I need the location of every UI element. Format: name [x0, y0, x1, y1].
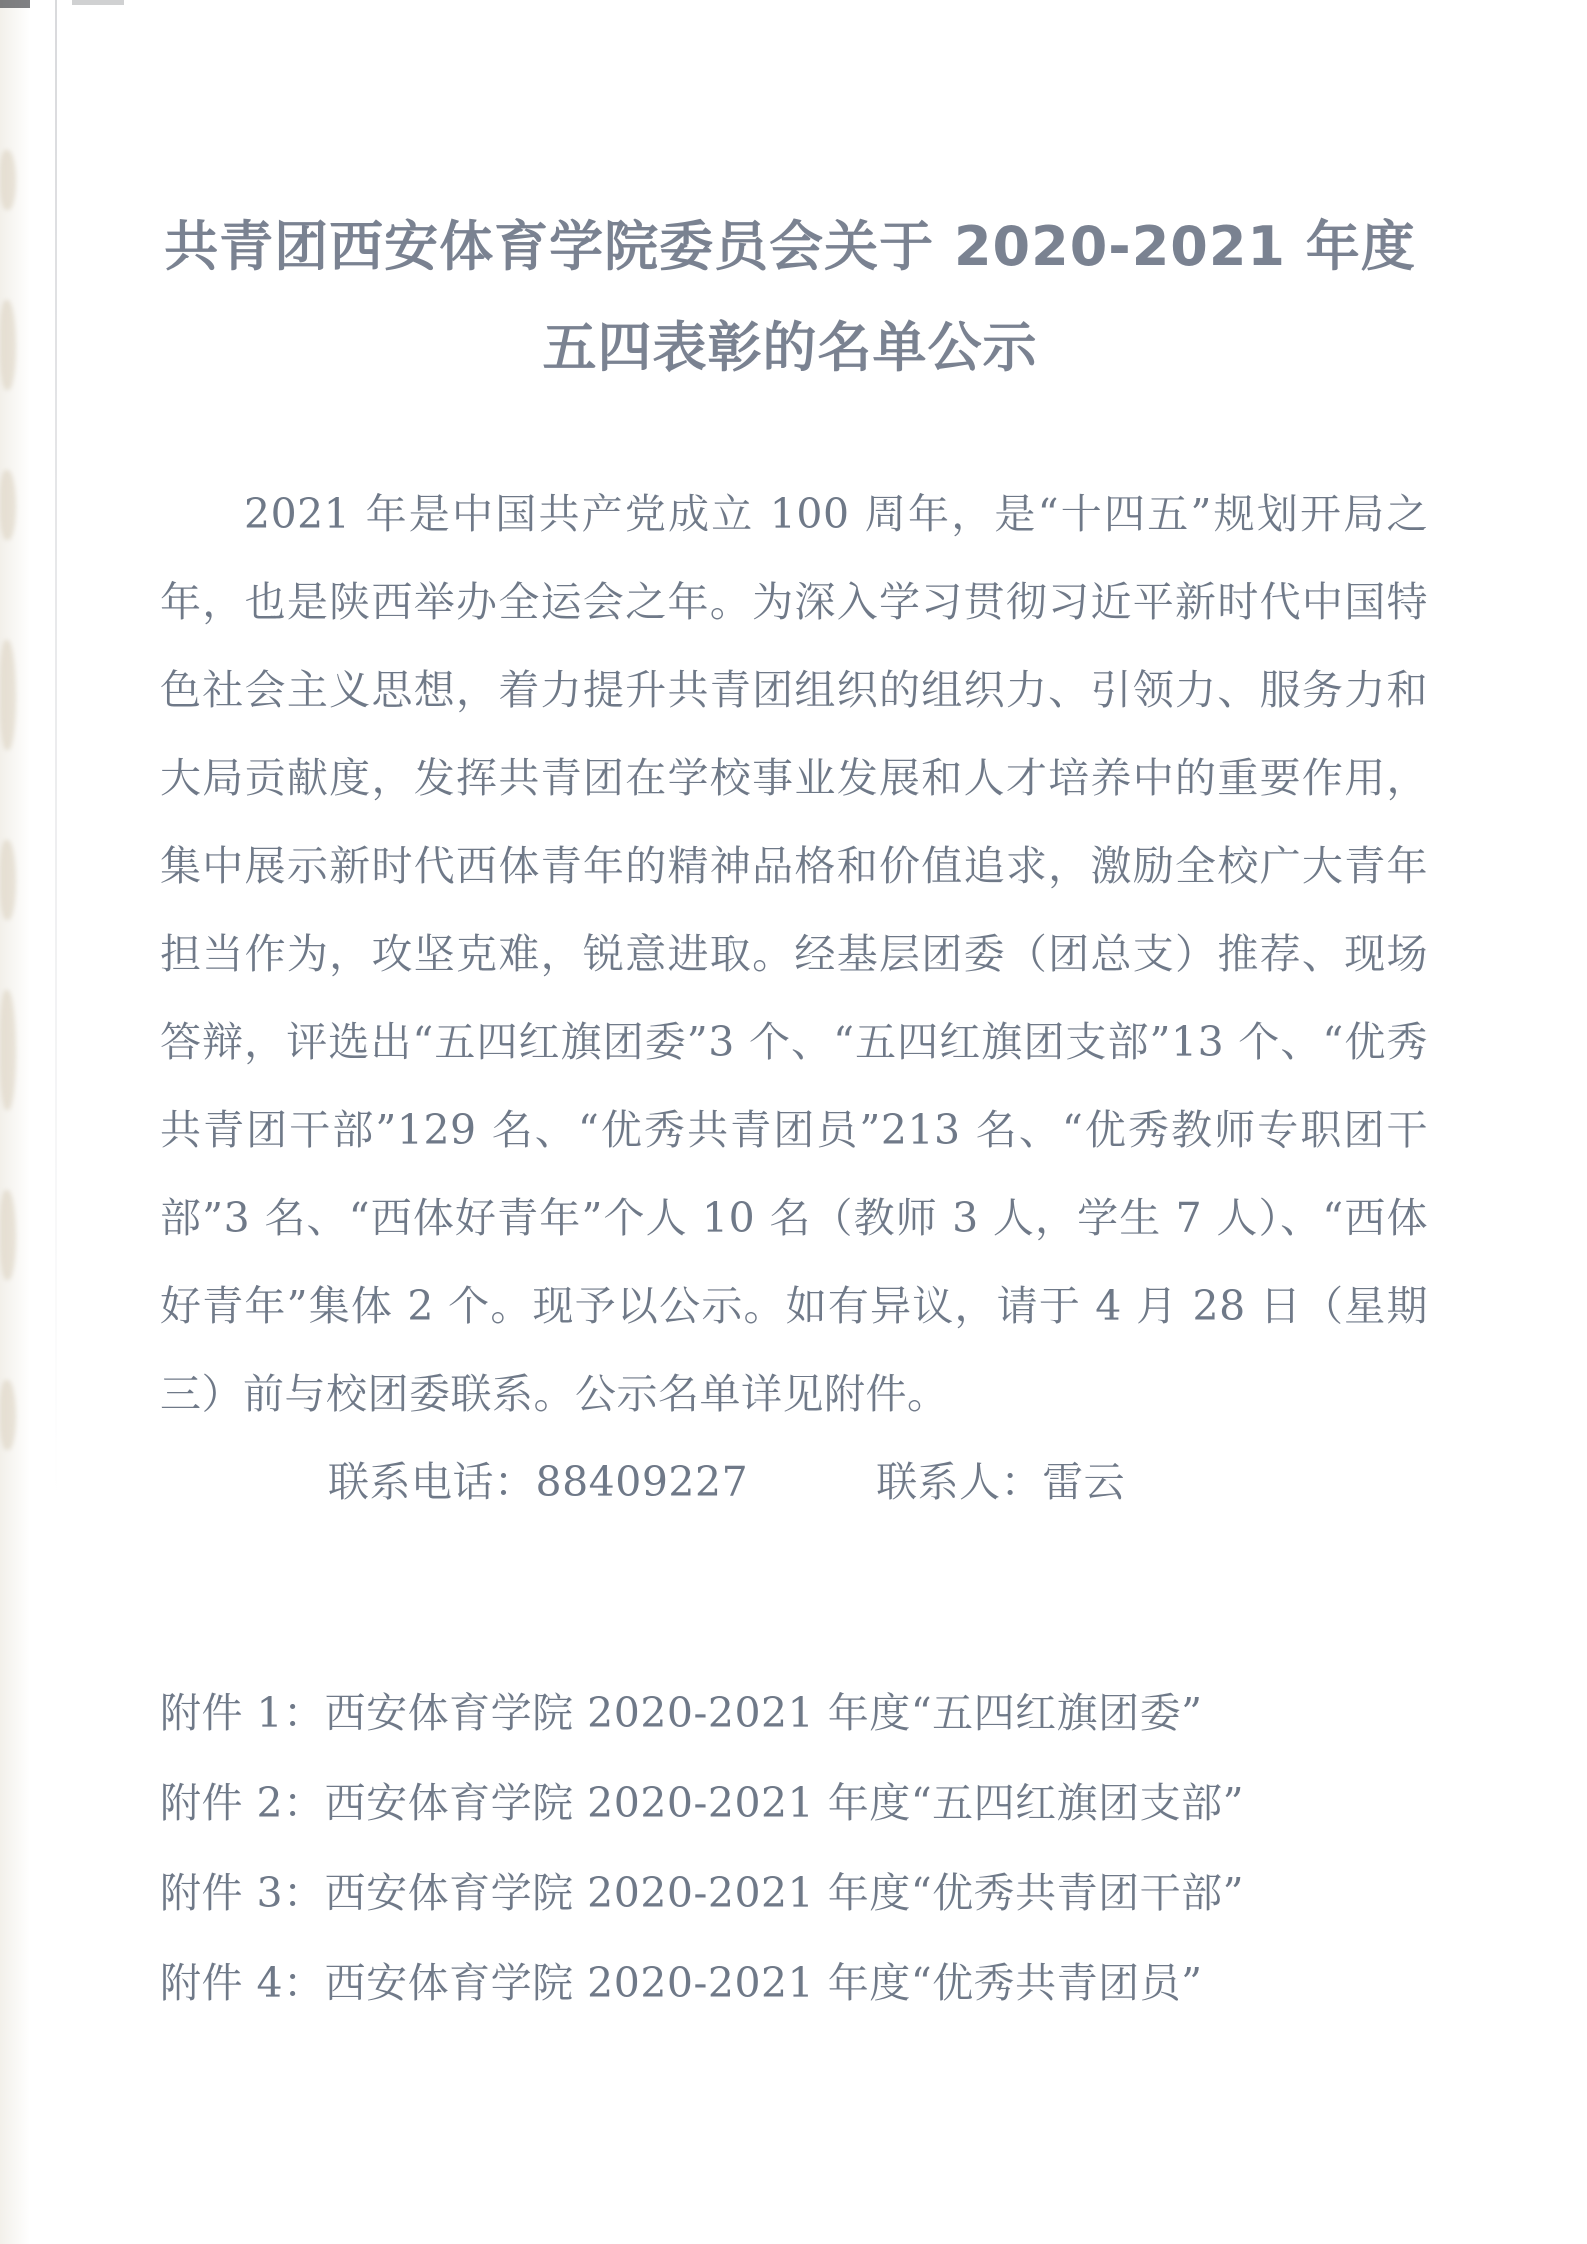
- body-paragraph: 2021 年是中国共产党成立 100 周年，是“十四五”规划开局之年，也是陕西举…: [160, 470, 1428, 1438]
- contact-person-label: 联系人：: [876, 1458, 1042, 1506]
- scan-smudge: [0, 150, 16, 210]
- attachment-item-2: 附件 2：西安体育学院 2020-2021 年度“五四红旗团支部”: [160, 1758, 1460, 1848]
- scan-line-artifact: [55, 0, 57, 1500]
- attachment-4-title: 西安体育学院 2020-2021 年度“优秀共青团员”: [325, 1959, 1203, 2007]
- contact-person-name: 雷云: [1042, 1458, 1125, 1506]
- attachment-item-1: 附件 1：西安体育学院 2020-2021 年度“五四红旗团委”: [160, 1668, 1460, 1758]
- attachment-1-title: 西安体育学院 2020-2021 年度“五四红旗团委”: [325, 1689, 1203, 1737]
- contact-line: 联系电话：88409227联系人：雷云: [160, 1438, 1428, 1526]
- contact-phone-label: 联系电话：: [328, 1458, 536, 1506]
- attachment-1-label: 附件 1：: [160, 1689, 325, 1737]
- contact-phone-number: 88409227: [536, 1458, 749, 1506]
- scan-smudge: [0, 990, 16, 1110]
- attachment-4-label: 附件 4：: [160, 1959, 325, 2007]
- scan-smudge: [0, 1190, 16, 1280]
- document-title: 共青团西安体育学院委员会关于 2020-2021 年度 五四表彰的名单公示: [130, 196, 1450, 398]
- attachment-2-title: 西安体育学院 2020-2021 年度“五四红旗团支部”: [325, 1779, 1245, 1827]
- scan-smudge: [0, 1380, 16, 1450]
- scan-smudge: [0, 470, 16, 540]
- document-title-line1: 共青团西安体育学院委员会关于 2020-2021 年度: [130, 196, 1450, 297]
- scanned-document-page: 共青团西安体育学院委员会关于 2020-2021 年度 五四表彰的名单公示 20…: [0, 0, 1587, 2244]
- document-body: 2021 年是中国共产党成立 100 周年，是“十四五”规划开局之年，也是陕西举…: [160, 470, 1428, 1526]
- attachment-3-label: 附件 3：: [160, 1869, 325, 1917]
- attachments-list: 附件 1：西安体育学院 2020-2021 年度“五四红旗团委” 附件 2：西安…: [160, 1668, 1460, 2028]
- scan-edge-artifact: [0, 0, 30, 2244]
- attachment-2-label: 附件 2：: [160, 1779, 325, 1827]
- scan-corner-mark: [0, 0, 30, 8]
- attachment-3-title: 西安体育学院 2020-2021 年度“优秀共青团干部”: [325, 1869, 1245, 1917]
- scan-smudge: [0, 840, 16, 920]
- scan-smudge: [0, 300, 16, 390]
- document-title-line2: 五四表彰的名单公示: [130, 297, 1450, 398]
- scan-smudge: [0, 640, 16, 750]
- scan-top-mark: [72, 0, 124, 5]
- attachment-item-4: 附件 4：西安体育学院 2020-2021 年度“优秀共青团员”: [160, 1938, 1460, 2028]
- attachment-item-3: 附件 3：西安体育学院 2020-2021 年度“优秀共青团干部”: [160, 1848, 1460, 1938]
